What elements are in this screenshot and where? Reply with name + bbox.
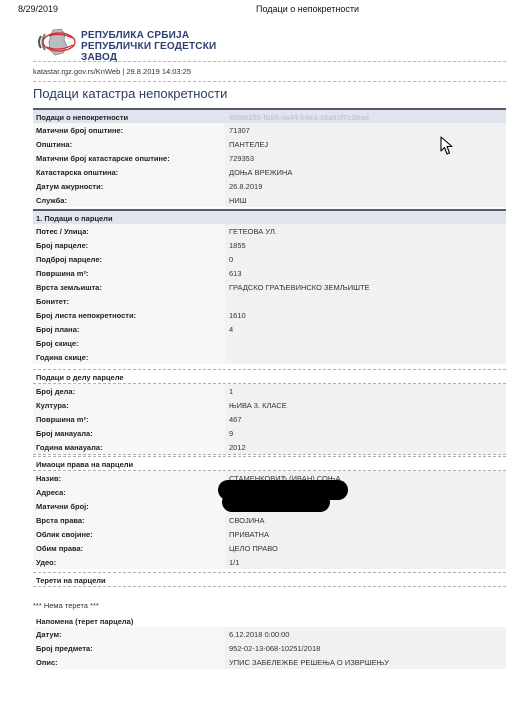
table-row: Година скице: [33,350,506,364]
row-label: Датум: [36,630,221,639]
table-row: Матични број катастарске општине:729353 [33,151,506,165]
row-label: Адреса: [36,488,221,497]
row-value: СВОЈИНА [229,516,265,525]
row-value: 952-02-13-068-10251/2018 [229,644,320,653]
redaction-mark [222,492,330,512]
page-title: Подаци катастра непокретности [33,86,227,101]
logo-line-2: РЕПУБЛИЧКИ ГЕОДЕТСКИ ЗАВОД [81,41,255,63]
divider [33,61,506,62]
row-value-cell [225,440,506,454]
divider [33,454,506,455]
row-value: ДОЊА ВРЕЖИНА [229,168,292,177]
table-row: Број плана:4 [33,322,506,336]
row-value: 1 [229,387,233,396]
row-value-cell [225,151,506,165]
table-row: Број предмета:952-02-13-068-10251/2018 [33,641,506,655]
table-row: Број дела:1 [33,384,506,398]
encumbrances-table: Терети на парцели [33,572,506,587]
row-value: 0 [229,255,233,264]
row-value-cell [225,426,506,440]
owners-table: Имаоци права на парцели Назив:СТАМЕНКОВИ… [33,456,506,569]
row-value: УПИС ЗАБЕЛЕЖБЕ РЕШЕЊА О ИЗВРШЕЊУ [229,658,389,667]
table-row: Врста права:СВОЈИНА [33,513,506,527]
row-value: ГЕТЕОВА УЛ. [229,227,277,236]
source-meta-line: katastar.rgz.gov.rs/KnWeb | 29.8.2019 14… [33,67,191,76]
row-label: Култура: [36,401,221,410]
row-label: Број дела: [36,387,221,396]
table-row: Култура:ЊИВА 3. КЛАСЕ [33,398,506,412]
note-header: Напомена (терет парцела) [33,614,506,627]
section-title: Подаци о непокретности [36,113,128,122]
row-label: Површина m²: [36,415,221,424]
parcel-section-header: 1. Подаци о парцели [33,209,506,224]
row-label: Датум ажурности: [36,182,221,191]
logo-line-1: РЕПУБЛИКА СРБИЈА [81,30,255,41]
row-value: 1855 [229,241,246,250]
row-label: Назив: [36,474,221,483]
row-label: Подброј парцеле: [36,255,221,264]
row-label: Врста права: [36,516,221,525]
row-value-cell [225,238,506,252]
row-value-cell [225,384,506,398]
row-value-cell [225,555,506,569]
row-value-cell [225,336,506,350]
row-value: ГРАДСКО ГРАЂЕВИНСКО ЗЕМЉИШТЕ [229,283,370,292]
row-value: 4 [229,325,233,334]
row-value: 613 [229,269,242,278]
section-title: 1. Подаци о парцели [36,214,113,223]
table-row: Број парцеле:1855 [33,238,506,252]
section-title: Подаци о делу парцеле [36,373,124,382]
table-row: Површина m²:467 [33,412,506,426]
row-value-cell [225,123,506,137]
table-row: Потес / Улица:ГЕТЕОВА УЛ. [33,224,506,238]
mouse-cursor-icon [440,136,454,156]
note-table: Напомена (терет парцела) Датум:6.12.2018… [33,614,506,669]
row-value: ЊИВА 3. КЛАСЕ [229,401,287,410]
row-value-cell [225,513,506,527]
row-label: Удео: [36,558,221,567]
table-row: Број манауала:9 [33,426,506,440]
table-row: Удео:1/1 [33,555,506,569]
row-value-cell [225,252,506,266]
row-label: Број манауала: [36,429,221,438]
row-value-cell [225,322,506,336]
table-row: Обим права:ЦЕЛО ПРАВО [33,541,506,555]
table-row: Матични број општине:71307 [33,123,506,137]
table-row: Опис:УПИС ЗАБЕЛЕЖБЕ РЕШЕЊА О ИЗВРШЕЊУ [33,655,506,669]
row-label: Општина: [36,140,221,149]
row-label: Број скице: [36,339,221,348]
parcel-table: 1. Подаци о парцели Потес / Улица:ГЕТЕОВ… [33,209,506,364]
row-value: 6.12.2018 0:00:00 [229,630,289,639]
row-label: Опис: [36,658,221,667]
table-row: Број скице: [33,336,506,350]
row-label: Број плана: [36,325,221,334]
table-row: Бонитет: [33,294,506,308]
row-value: 2012 [229,443,246,452]
print-title: Подаци о непокретности [256,4,359,14]
table-row: Површина m²:613 [33,266,506,280]
parcel-part-header: Подаци о делу парцеле [33,369,506,384]
owners-header: Имаоци права на парцели [33,456,506,471]
row-value: 1610 [229,311,246,320]
row-value-cell [225,412,506,426]
table-row: Општина:ПАНТЕЛЕЈ [33,137,506,151]
rgz-globe-logo-icon [35,26,79,58]
table-row: Служба:НИШ [33,193,506,207]
row-value: НИШ [229,196,247,205]
rgz-logo: РЕПУБЛИКА СРБИЈА РЕПУБЛИЧКИ ГЕОДЕТСКИ ЗА… [35,26,255,58]
row-value: 729353 [229,154,254,163]
row-value-cell [225,308,506,322]
table-row: Облик својине:ПРИВАТНА [33,527,506,541]
row-value: 467 [229,415,242,424]
row-label: Матични број: [36,502,221,511]
row-value: ПРИВАТНА [229,530,269,539]
row-label: Година скице: [36,353,221,362]
row-value: ПАНТЕЛЕЈ [229,140,268,149]
row-value: 9 [229,429,233,438]
row-label: Број парцеле: [36,241,221,250]
row-value-cell [225,193,506,207]
row-label: Облик својине: [36,530,221,539]
logo-text: РЕПУБЛИКА СРБИЈА РЕПУБЛИЧКИ ГЕОДЕТСКИ ЗА… [81,30,255,63]
row-value: 26.8.2019 [229,182,262,191]
section-title: Напомена (терет парцела) [36,617,133,626]
property-table: Подаци о непокретности 45f96255-fb95-4a4… [33,108,506,207]
row-label: Година манауала: [36,443,221,452]
row-label: Обим права: [36,544,221,553]
row-label: Број предмета: [36,644,221,653]
section-title: Имаоци права на парцели [36,460,133,469]
row-value-cell [225,350,506,364]
row-value-cell [225,179,506,193]
table-row: Подброј парцеле:0 [33,252,506,266]
table-row: Датум:6.12.2018 0:00:00 [33,627,506,641]
table-row: Врста земљишта:ГРАДСКО ГРАЂЕВИНСКО ЗЕМЉИ… [33,280,506,294]
row-value: ЦЕЛО ПРАВО [229,544,278,553]
divider [33,81,506,82]
property-section-header: Подаци о непокретности 45f96255-fb95-4a4… [33,108,506,123]
table-row: Катастарска општина:ДОЊА ВРЕЖИНА [33,165,506,179]
no-encumbrances-text: *** Нема терета *** [33,601,99,610]
row-label: Катастарска општина: [36,168,221,177]
row-label: Матични број катастарске општине: [36,154,221,163]
table-row: Датум ажурности:26.8.2019 [33,179,506,193]
row-label: Служба: [36,196,221,205]
property-guid: 45f96255-fb95-4a44-b4e3-16a91f7c3bad [229,113,369,122]
row-value-cell [225,266,506,280]
section-title: Терети на парцели [36,576,106,585]
row-label: Матични број општине: [36,126,221,135]
parcel-part-table: Подаци о делу парцеле Број дела:1Култура… [33,369,506,455]
encumbrances-header: Терети на парцели [33,572,506,587]
row-value: 1/1 [229,558,239,567]
row-value: 71307 [229,126,250,135]
print-date: 8/29/2019 [18,4,58,14]
table-row: Број листа непокретности:1610 [33,308,506,322]
row-label: Врста земљишта: [36,283,221,292]
table-row: Година манауала:2012 [33,440,506,454]
row-label: Бонитет: [36,297,221,306]
row-label: Број листа непокретности: [36,311,221,320]
row-value-cell [225,294,506,308]
row-label: Потес / Улица: [36,227,221,236]
row-label: Површина m²: [36,269,221,278]
